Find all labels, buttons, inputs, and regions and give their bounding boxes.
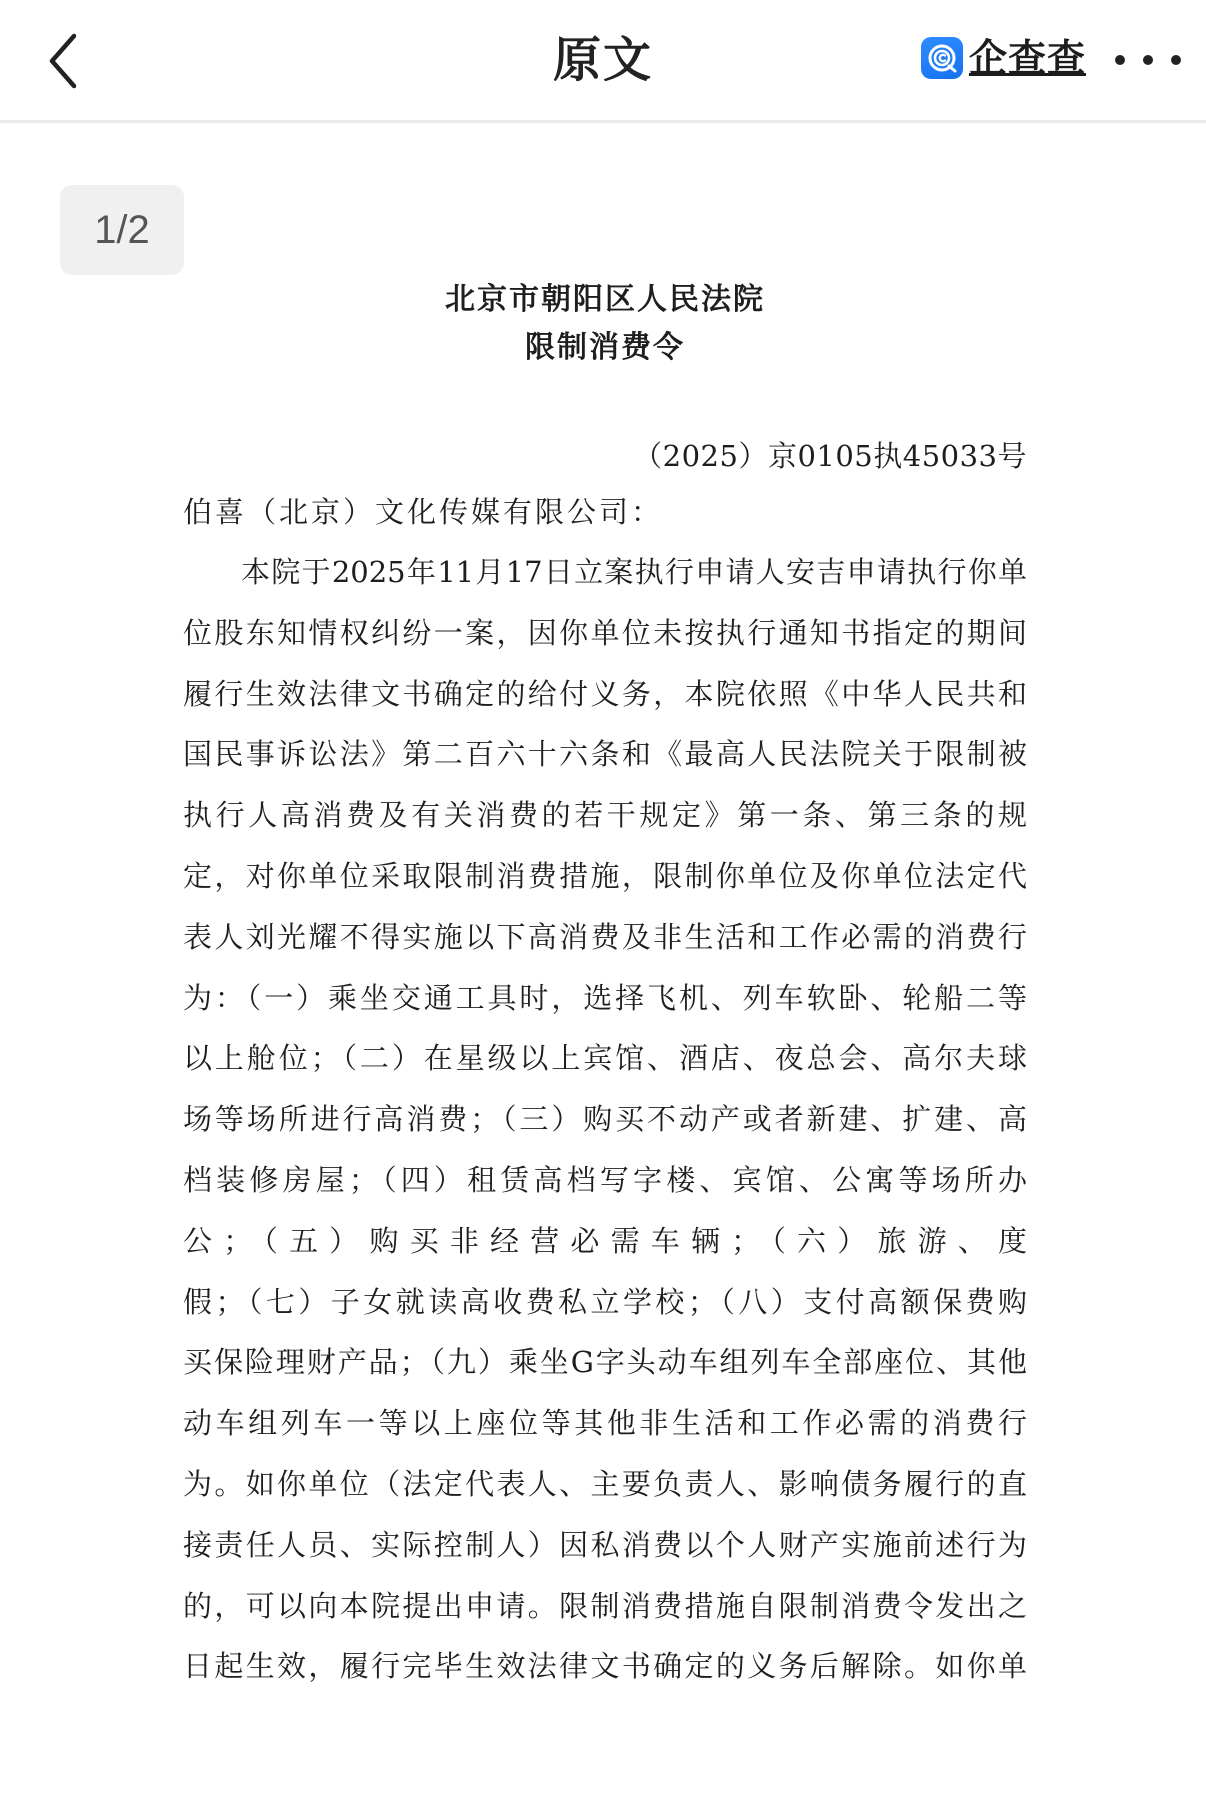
body-line: 国民事诉讼法》第二百六十六条和《最高人民法院关于限制被 bbox=[183, 724, 1027, 785]
page-indicator: 1/2 bbox=[60, 185, 184, 275]
body-line: 以上舱位；（二）在星级以上宾馆、酒店、夜总会、高尔夫球 bbox=[183, 1028, 1027, 1089]
body-line: 公；（五）购买非经营必需车辆；（六）旅游、度 bbox=[183, 1211, 1027, 1272]
brand-link[interactable]: 企查查 bbox=[921, 36, 1086, 80]
chevron-left-icon bbox=[44, 26, 104, 96]
body-line: 为。如你单位（法定代表人、主要负责人、影响债务履行的直 bbox=[183, 1454, 1027, 1515]
body-line: 定，对你单位采取限制消费措施，限制你单位及你单位法定代 bbox=[183, 846, 1027, 907]
body-line: 位股东知情权纠纷一案，因你单位未按执行通知书指定的期间 bbox=[183, 603, 1027, 664]
body-line: 履行生效法律文书确定的给付义务，本院依照《中华人民共和 bbox=[183, 664, 1027, 725]
body-line: 档装修房屋；（四）租赁高档写字楼、宾馆、公寓等场所办 bbox=[183, 1150, 1027, 1211]
body-line: 的，可以向本院提出申请。限制消费措施自限制消费令发出之 bbox=[183, 1576, 1027, 1637]
qichacha-logo-icon bbox=[921, 37, 963, 79]
body-line: 执行人高消费及有关消费的若干规定》第一条、第三条的规 bbox=[183, 785, 1027, 846]
body-line: 表人刘光耀不得实施以下高消费及非生活和工作必需的消费行 bbox=[183, 907, 1027, 968]
body-line: 本院于2025年11月17日立案执行申请人安吉申请执行你单 bbox=[183, 542, 1027, 603]
body-line: 场等场所进行高消费；（三）购买不动产或者新建、扩建、高 bbox=[183, 1089, 1027, 1150]
more-horizontal-icon bbox=[1115, 55, 1125, 65]
case-number: （2025）京0105执45033号 bbox=[183, 426, 1027, 486]
more-horizontal-icon bbox=[1171, 55, 1181, 65]
body-line: 动车组列车一等以上座位等其他非生活和工作必需的消费行 bbox=[183, 1393, 1027, 1454]
body-line: 日起生效，履行完毕生效法律文书确定的义务后解除。如你单 bbox=[183, 1636, 1027, 1697]
body-line: 假；（七）子女就读高收费私立学校；（八）支付高额保费购 bbox=[183, 1272, 1027, 1333]
body-line: 为：（一）乘坐交通工具时，选择飞机、列车软卧、轮船二等 bbox=[183, 968, 1027, 1029]
body-line: 买保险理财产品；（九）乘坐G字头动车组列车全部座位、其他 bbox=[183, 1332, 1027, 1393]
body-line: 接责任人员、实际控制人）因私消费以个人财产实施前述行为 bbox=[183, 1515, 1027, 1576]
court-name: 北京市朝阳区人民法院 bbox=[183, 276, 1027, 324]
top-navbar: 原文 企查查 bbox=[0, 0, 1206, 123]
addressee: 伯喜（北京）文化传媒有限公司： bbox=[183, 482, 1027, 542]
brand-name: 企查查 bbox=[969, 36, 1086, 80]
document-type-title: 限制消费令 bbox=[183, 324, 1027, 372]
more-options-button[interactable] bbox=[1115, 42, 1181, 78]
more-horizontal-icon bbox=[1143, 55, 1153, 65]
document-page: 北京市朝阳区人民法院 限制消费令 （2025）京0105执45033号 伯喜（北… bbox=[183, 270, 1027, 1697]
back-button[interactable] bbox=[44, 26, 104, 96]
document-body: 本院于2025年11月17日立案执行申请人安吉申请执行你单 位股东知情权纠纷一案… bbox=[183, 542, 1027, 1697]
